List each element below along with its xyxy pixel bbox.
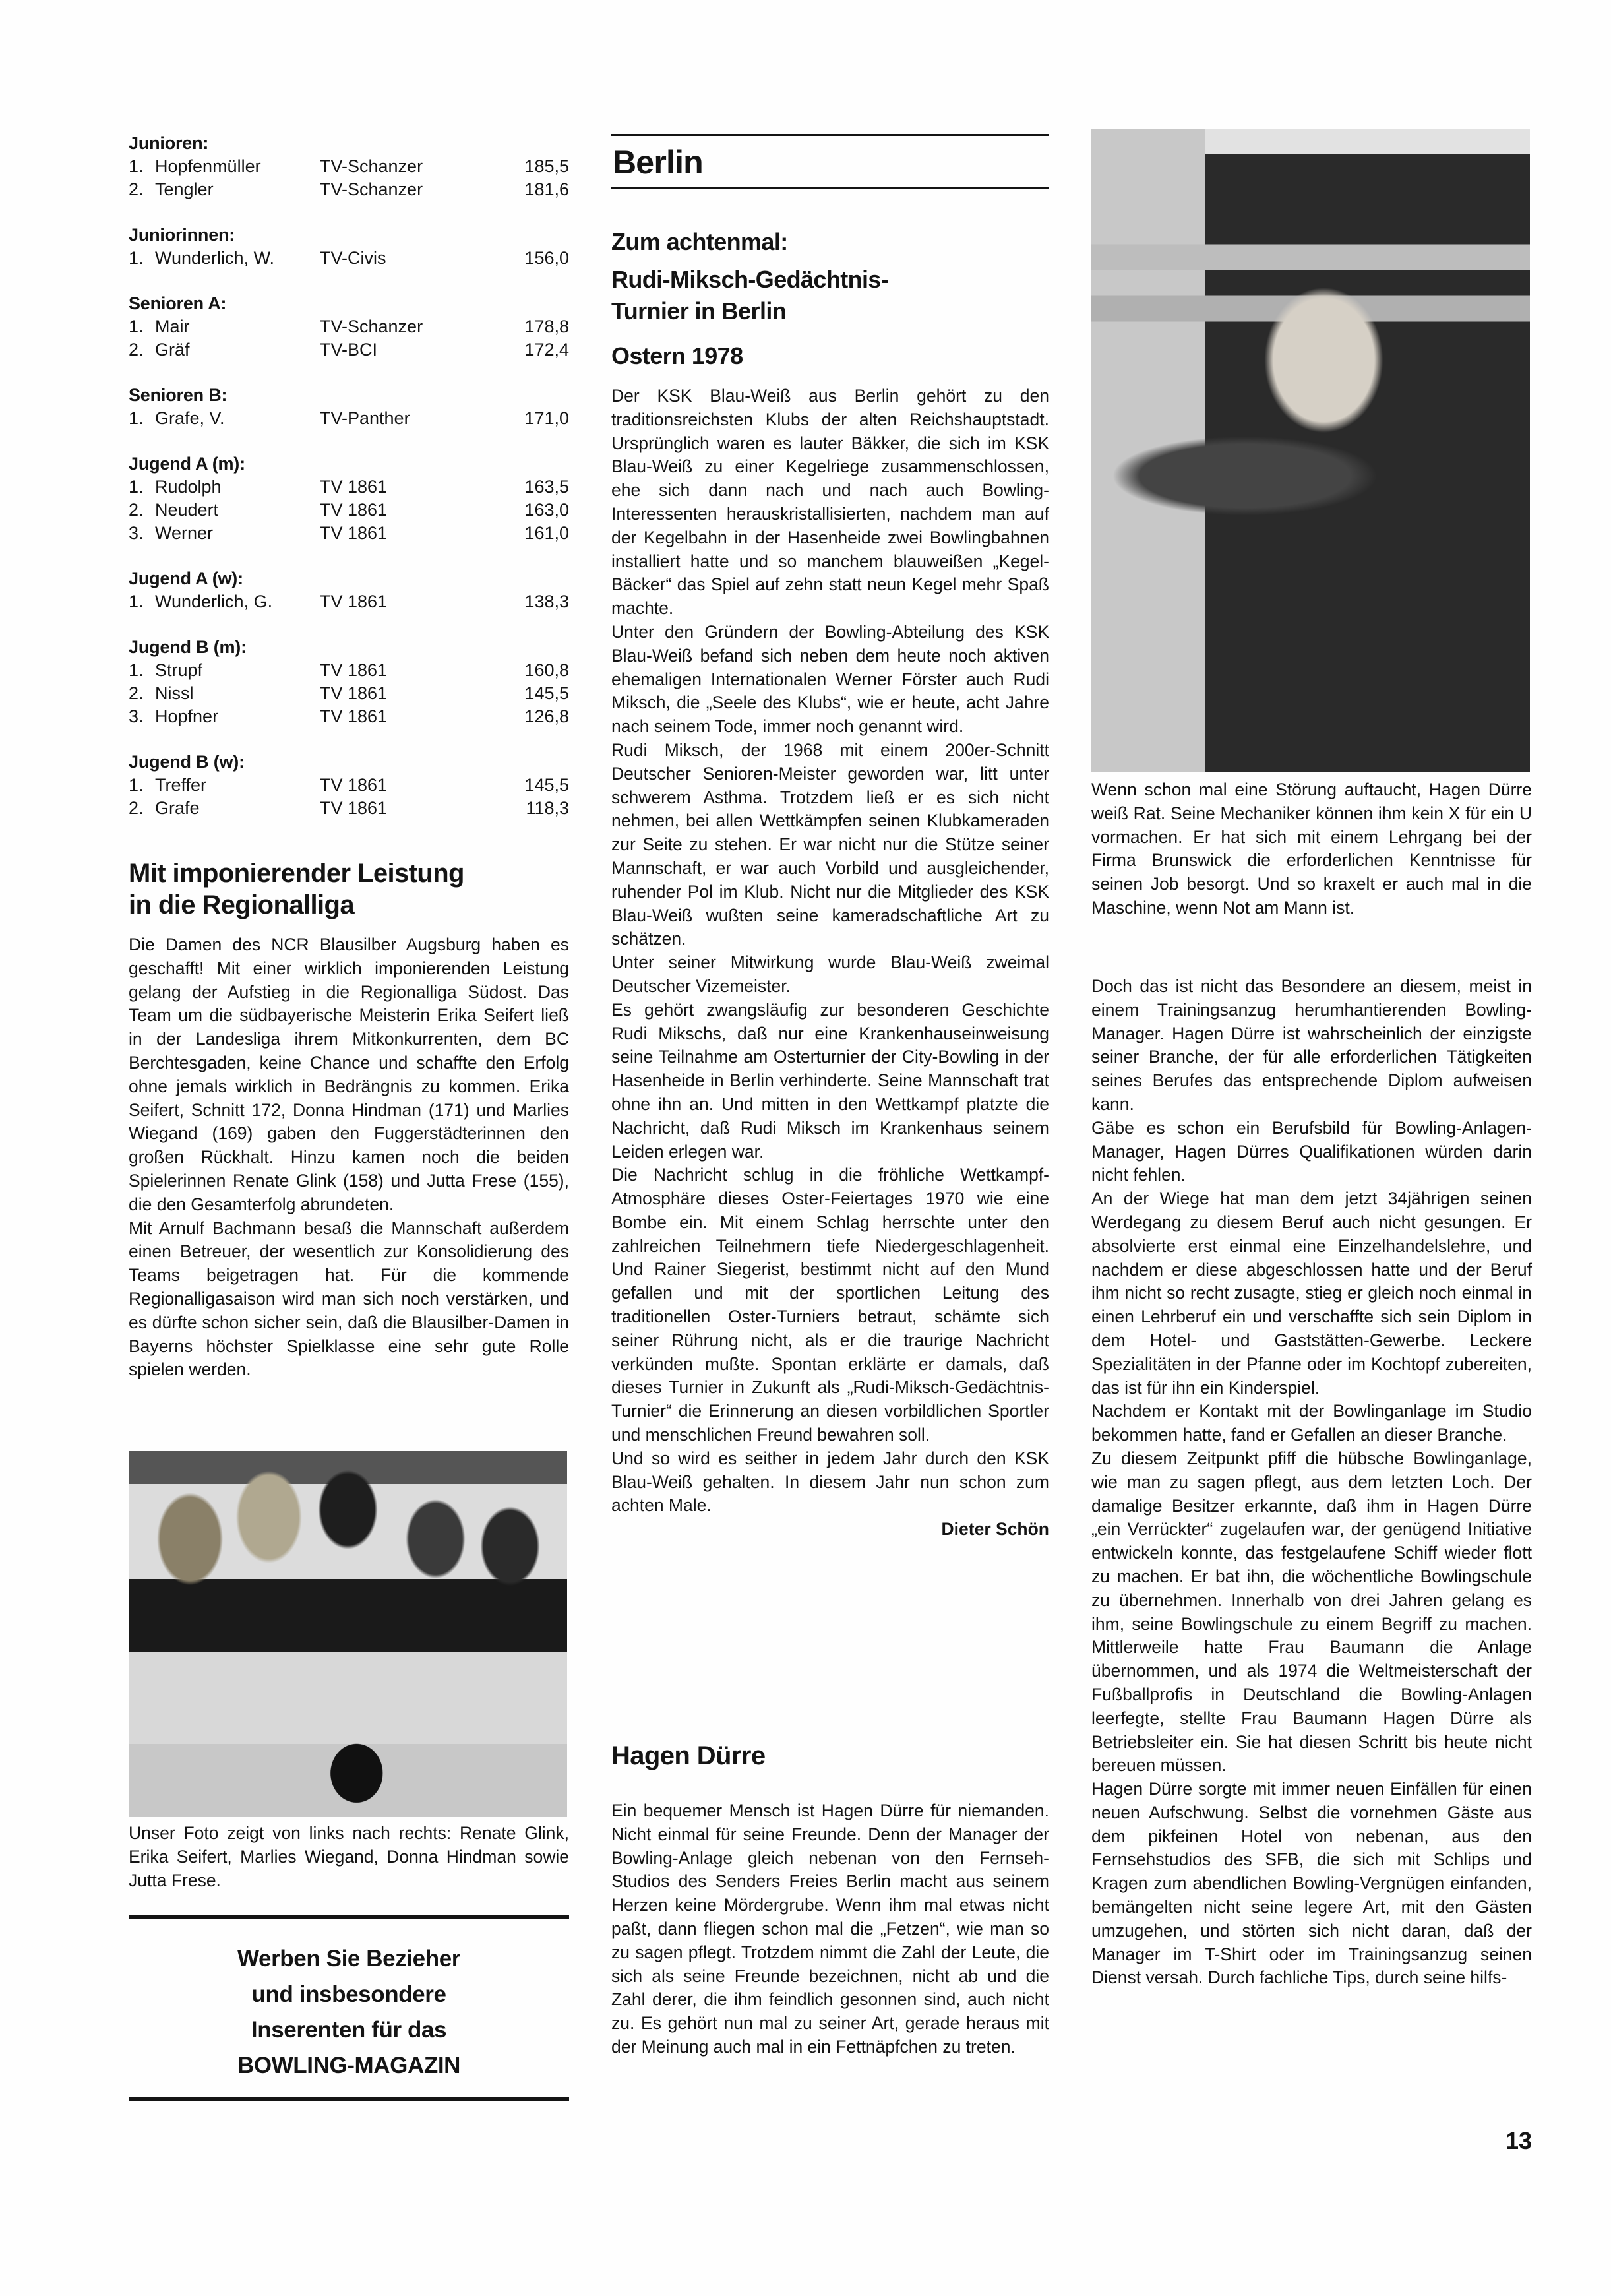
result-club: TV 1861 <box>320 797 510 820</box>
team-photo-caption: Unser Foto zeigt von links nach rechts: … <box>129 1822 569 1892</box>
result-name: Gräf <box>155 338 320 361</box>
result-name: Tengler <box>155 178 320 201</box>
paragraph: Zu diesem Zeitpunkt pfiff die hübsche Bo… <box>1091 1447 1532 1778</box>
result-name: Treffer <box>155 774 320 797</box>
result-club: TV-BCI <box>320 338 510 361</box>
result-score: 145,5 <box>510 774 569 797</box>
paragraph: Unter den Gründern der Bowling-Abteilung… <box>611 621 1049 739</box>
result-score: 178,8 <box>510 315 569 338</box>
result-row: 3.HopfnerTV 1861126,8 <box>129 705 569 728</box>
paragraph: Hagen Dürre sorgte mit immer neuen Einfä… <box>1091 1778 1532 1990</box>
result-rank: 1. <box>129 774 155 797</box>
paragraph: Es gehört zwangsläufig zur besonderen Ge… <box>611 999 1049 1164</box>
category-title: Jugend A (m): <box>129 452 569 476</box>
result-score: 181,6 <box>510 178 569 201</box>
result-club: TV 1861 <box>320 774 510 797</box>
result-rank: 1. <box>129 590 155 613</box>
result-name: Neudert <box>155 499 320 522</box>
result-club: TV-Panther <box>320 407 510 430</box>
ad-line: Werben Sie Bezieher <box>129 1941 569 1977</box>
results-category: Juniorinnen:1.Wunderlich, W.TV-Civis156,… <box>129 224 569 270</box>
result-club: TV 1861 <box>320 590 510 613</box>
result-score: 172,4 <box>510 338 569 361</box>
ad-line: Inserenten für das <box>129 2012 569 2048</box>
result-score: 160,8 <box>510 659 569 682</box>
result-name: Hopfenmüller <box>155 155 320 178</box>
section-header: Berlin <box>611 134 1049 189</box>
headline-line: in die Regionalliga <box>129 890 354 919</box>
result-row: 1.TrefferTV 1861145,5 <box>129 774 569 797</box>
category-title: Jugend B (m): <box>129 636 569 659</box>
headline-line: Turnier in Berlin <box>611 297 786 325</box>
result-row: 3.WernerTV 1861161,0 <box>129 522 569 545</box>
results-category: Senioren A:1.MairTV-Schanzer178,82.GräfT… <box>129 292 569 361</box>
result-club: TV 1861 <box>320 476 510 499</box>
regionalliga-article: Die Damen des NCR Blausilber Augsburg ha… <box>129 933 569 1382</box>
berlin-headline: Rudi-Miksch-Gedächtnis- Turnier in Berli… <box>611 264 888 327</box>
paragraph: Der KSK Blau-Weiß aus Berlin gehört zu d… <box>611 385 1049 621</box>
result-rank: 1. <box>129 659 155 682</box>
result-club: TV 1861 <box>320 522 510 545</box>
hagen-article-continued: Doch das ist nicht das Besondere an dies… <box>1091 975 1532 1990</box>
result-row: 2.GrafeTV 1861118,3 <box>129 797 569 820</box>
result-name: Werner <box>155 522 320 545</box>
result-score: 138,3 <box>510 590 569 613</box>
result-row: 1.RudolphTV 1861163,5 <box>129 476 569 499</box>
ad-line: BOWLING-MAGAZIN <box>129 2048 569 2084</box>
result-row: 2.NeudertTV 1861163,0 <box>129 499 569 522</box>
result-score: 126,8 <box>510 705 569 728</box>
result-club: TV 1861 <box>320 499 510 522</box>
results-category: Junioren:1.HopfenmüllerTV-Schanzer185,52… <box>129 132 569 201</box>
paragraph: Die Nachricht schlug in die fröhliche We… <box>611 1164 1049 1447</box>
result-rank: 2. <box>129 682 155 705</box>
result-rank: 1. <box>129 247 155 270</box>
result-name: Rudolph <box>155 476 320 499</box>
category-title: Senioren B: <box>129 384 569 407</box>
ad-text: Werben Sie Bezieher und insbesondere Ins… <box>129 1941 569 2084</box>
paragraph: Mit Arnulf Bachmann besaß die Mannschaft… <box>129 1217 569 1382</box>
category-title: Jugend A (w): <box>129 567 569 590</box>
results-category: Jugend A (w):1.Wunderlich, G.TV 1861138,… <box>129 567 569 613</box>
result-name: Nissl <box>155 682 320 705</box>
result-name: Grafe <box>155 797 320 820</box>
category-title: Jugend B (w): <box>129 751 569 774</box>
subscription-ad: Werben Sie Bezieher und insbesondere Ins… <box>129 1915 569 2101</box>
result-row: 1.StrupfTV 1861160,8 <box>129 659 569 682</box>
berlin-subheadline: Ostern 1978 <box>611 342 743 371</box>
category-title: Juniorinnen: <box>129 224 569 247</box>
result-score: 163,0 <box>510 499 569 522</box>
result-club: TV-Schanzer <box>320 155 510 178</box>
result-name: Hopfner <box>155 705 320 728</box>
result-row: 2.NisslTV 1861145,5 <box>129 682 569 705</box>
paragraph: An der Wiege hat man dem jetzt 34jährige… <box>1091 1187 1532 1400</box>
pinsetter-photo-caption: Wenn schon mal eine Störung auftaucht, H… <box>1091 778 1532 920</box>
result-rank: 1. <box>129 407 155 430</box>
result-score: 163,5 <box>510 476 569 499</box>
result-rank: 1. <box>129 315 155 338</box>
result-score: 118,3 <box>510 797 569 820</box>
page-number: 13 <box>1505 2127 1532 2155</box>
berlin-article: Der KSK Blau-Weiß aus Berlin gehört zu d… <box>611 385 1049 1541</box>
result-name: Strupf <box>155 659 320 682</box>
result-club: TV-Schanzer <box>320 178 510 201</box>
result-name: Wunderlich, G. <box>155 590 320 613</box>
results-category: Jugend A (m):1.RudolphTV 1861163,52.Neud… <box>129 452 569 545</box>
category-title: Junioren: <box>129 132 569 155</box>
result-rank: 1. <box>129 476 155 499</box>
berlin-kicker: Zum achtenmal: <box>611 228 788 257</box>
hagen-headline: Hagen Dürre <box>611 1740 765 1772</box>
byline: Dieter Schön <box>611 1518 1049 1541</box>
paragraph: Nachdem er Kontakt mit der Bowlinganlage… <box>1091 1400 1532 1447</box>
result-rank: 3. <box>129 705 155 728</box>
result-row: 2.GräfTV-BCI172,4 <box>129 338 569 361</box>
result-score: 185,5 <box>510 155 569 178</box>
result-row: 1.Wunderlich, G.TV 1861138,3 <box>129 590 569 613</box>
result-row: 1.Wunderlich, W.TV-Civis156,0 <box>129 247 569 270</box>
result-score: 156,0 <box>510 247 569 270</box>
result-club: TV 1861 <box>320 659 510 682</box>
headline-line: Rudi-Miksch-Gedächtnis- <box>611 266 888 293</box>
pinsetter-photo <box>1091 129 1530 772</box>
ad-line: und insbesondere <box>129 1977 569 2012</box>
result-club: TV 1861 <box>320 705 510 728</box>
result-score: 171,0 <box>510 407 569 430</box>
result-score: 161,0 <box>510 522 569 545</box>
paragraph: Und so wird es seither in jedem Jahr dur… <box>611 1447 1049 1518</box>
results-table: Junioren:1.HopfenmüllerTV-Schanzer185,52… <box>129 132 569 842</box>
result-row: 1.Grafe, V.TV-Panther171,0 <box>129 407 569 430</box>
result-club: TV-Schanzer <box>320 315 510 338</box>
result-club: TV-Civis <box>320 247 510 270</box>
paragraph: Die Damen des NCR Blausilber Augsburg ha… <box>129 933 569 1217</box>
regionalliga-headline: Mit imponierender Leistung in die Region… <box>129 857 569 921</box>
result-name: Mair <box>155 315 320 338</box>
section-title: Berlin <box>613 144 703 181</box>
results-category: Jugend B (w):1.TrefferTV 1861145,52.Graf… <box>129 751 569 820</box>
result-rank: 1. <box>129 155 155 178</box>
result-row: 1.HopfenmüllerTV-Schanzer185,5 <box>129 155 569 178</box>
results-category: Jugend B (m):1.StrupfTV 1861160,82.Nissl… <box>129 636 569 728</box>
result-rank: 3. <box>129 522 155 545</box>
result-name: Grafe, V. <box>155 407 320 430</box>
paragraph: Ein bequemer Mensch ist Hagen Dürre für … <box>611 1799 1049 2059</box>
results-category: Senioren B:1.Grafe, V.TV-Panther171,0 <box>129 384 569 430</box>
result-rank: 2. <box>129 178 155 201</box>
paragraph: Doch das ist nicht das Besondere an dies… <box>1091 975 1532 1117</box>
result-score: 145,5 <box>510 682 569 705</box>
result-rank: 2. <box>129 338 155 361</box>
category-title: Senioren A: <box>129 292 569 315</box>
result-row: 2.TenglerTV-Schanzer181,6 <box>129 178 569 201</box>
result-club: TV 1861 <box>320 682 510 705</box>
paragraph: Rudi Miksch, der 1968 mit einem 200er-Sc… <box>611 739 1049 951</box>
result-name: Wunderlich, W. <box>155 247 320 270</box>
paragraph: Unter seiner Mitwirkung wurde Blau-Weiß … <box>611 951 1049 999</box>
result-rank: 2. <box>129 797 155 820</box>
headline-line: Mit imponierender Leistung <box>129 859 464 888</box>
result-rank: 2. <box>129 499 155 522</box>
hagen-article-intro: Ein bequemer Mensch ist Hagen Dürre für … <box>611 1799 1049 2059</box>
team-photo <box>129 1451 567 1817</box>
paragraph: Gäbe es schon ein Berufsbild für Bowling… <box>1091 1117 1532 1187</box>
result-row: 1.MairTV-Schanzer178,8 <box>129 315 569 338</box>
